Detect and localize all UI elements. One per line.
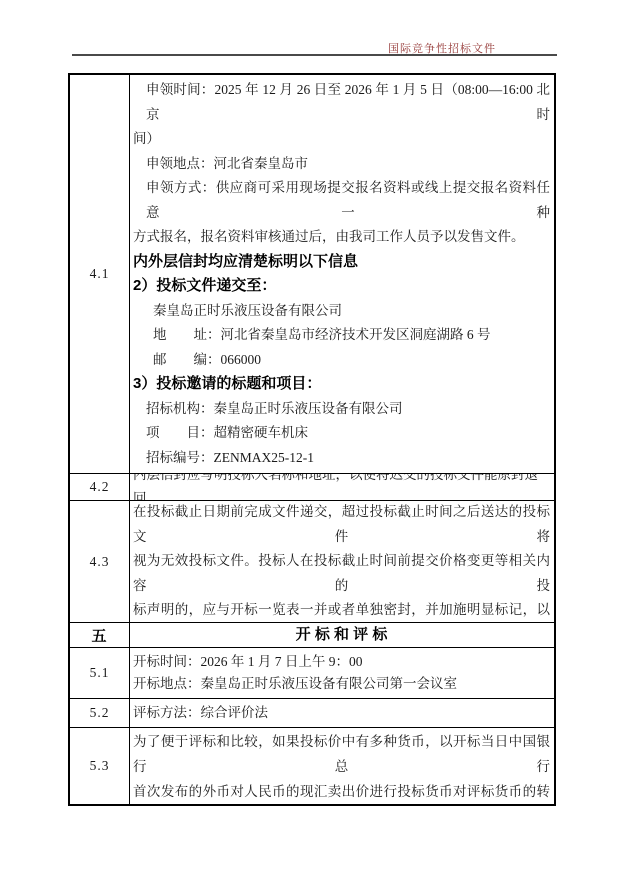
row-number-cell: 4.1 bbox=[70, 75, 130, 473]
row-content-cell: 内层信封应写明投标人名称和地址，以便将迟交的投标文件能原封退回。 bbox=[130, 474, 554, 500]
details-table: 4.11）领取文件时间和地点、方式：申领时间：2025 年 12 月 26 日至… bbox=[68, 73, 556, 806]
text-line: 秦皇岛正时乐液压设备有限公司 bbox=[133, 299, 550, 324]
row-number-cell: 4.2 bbox=[70, 474, 130, 500]
row-content-cell: 投标截止时间为 2026 年 1 月 6 日 17:00（如有变动另行通知），投… bbox=[130, 501, 554, 622]
row-number-cell: 5.2 bbox=[70, 699, 130, 727]
row-number-cell: 5.1 bbox=[70, 648, 130, 698]
text-line: 内外层信封均应清楚标明以下信息 bbox=[133, 250, 550, 275]
row-content-cell: 1）领取文件时间和地点、方式：申领时间：2025 年 12 月 26 日至 20… bbox=[130, 75, 554, 473]
text-line: 招标机构：秦皇岛正时乐液压设备有限公司 bbox=[133, 397, 550, 422]
text-line: 评标方法：综合评价法 bbox=[133, 701, 550, 726]
text-line: 方式报名，报名资料审核通过后，由我司工作人员予以发售文件。 bbox=[133, 225, 550, 250]
text-line: 为了便于评标和比较，如果投标价中有多种货币，以开标当日中国银行总行 bbox=[133, 729, 550, 779]
text-line: 邮 编：066000 bbox=[133, 348, 550, 373]
row-content-cell: 评标方法：综合评价法 bbox=[130, 699, 554, 727]
document-page: { "header": { "title": "国际竞争性招标文件", "tit… bbox=[0, 0, 619, 874]
table-row: 5.1开标时间：2026 年 1 月 7 日上午 9：00开标地点：秦皇岛正时乐… bbox=[70, 648, 554, 699]
row-content-cell: 开 标 和 评 标 bbox=[130, 623, 554, 647]
text-line: 标声明的，应与开标一览表一并或者单独密封，并加施明显标记，以便在开 bbox=[133, 598, 550, 622]
text-line: 申领方式：供应商可采用现场提交报名资料或线上提交报名资料任意一种 bbox=[133, 176, 550, 225]
row-number-cell: 五 bbox=[70, 623, 130, 647]
text-line: 招标编号：ZENMAX25-12-1 bbox=[133, 446, 550, 471]
table-row: 五开 标 和 评 标 bbox=[70, 623, 554, 648]
table-row: 5.3评标货币：人民币为了便于评标和比较，如果投标价中有多种货币，以开标当日中国… bbox=[70, 728, 554, 804]
text-line: 开标时间：2026 年 1 月 7 日上午 9：00 bbox=[133, 651, 550, 674]
text-line: 2）投标文件递交至： bbox=[133, 274, 550, 299]
text-line: 指明“在开标之前不得启封” bbox=[133, 470, 550, 473]
table-row: 4.3投标截止时间为 2026 年 1 月 6 日 17:00（如有变动另行通知… bbox=[70, 501, 554, 623]
row-content-cell: 开标时间：2026 年 1 月 7 日上午 9：00开标地点：秦皇岛正时乐液压设… bbox=[130, 648, 554, 698]
text-line: 内层信封应写明投标人名称和地址，以便将迟交的投标文件能原封退回。 bbox=[133, 474, 550, 500]
table-row: 5.2评标方法：综合评价法 bbox=[70, 699, 554, 728]
text-line: 3）投标邀请的标题和项目： bbox=[133, 372, 550, 397]
header-rule bbox=[72, 54, 557, 56]
text-line: 地 址：河北省秦皇岛市经济技术开发区洞庭湖路 6 号 bbox=[133, 323, 550, 348]
text-line: 开标地点：秦皇岛正时乐液压设备有限公司第一会议室 bbox=[133, 673, 550, 696]
row-content-cell: 评标货币：人民币为了便于评标和比较，如果投标价中有多种货币，以开标当日中国银行总… bbox=[130, 728, 554, 804]
text-line: 申领地点：河北省秦皇岛市 bbox=[133, 152, 550, 177]
table-row: 4.2内层信封应写明投标人名称和地址，以便将迟交的投标文件能原封退回。 bbox=[70, 474, 554, 501]
row-number-cell: 5.3 bbox=[70, 728, 130, 804]
text-line: 在投标截止日期前完成文件递交，超过投标截止时间之后送达的投标文件将 bbox=[133, 501, 550, 549]
text-line: 间） bbox=[133, 127, 550, 152]
text-line: 首次发布的外币对人民币的现汇卖出价进行投标货币对评标货币的转换以计 bbox=[133, 779, 550, 805]
text-line: 视为无效投标文件。投标人在投标截止时间前提交价格变更等相关内容的投 bbox=[133, 549, 550, 598]
text-line: 开 标 和 评 标 bbox=[133, 623, 550, 647]
table-row: 4.11）领取文件时间和地点、方式：申领时间：2025 年 12 月 26 日至… bbox=[70, 75, 554, 474]
text-line: 项 目：超精密硬车机床 bbox=[133, 421, 550, 446]
row-number-cell: 4.3 bbox=[70, 501, 130, 622]
text-line: 申领时间：2025 年 12 月 26 日至 2026 年 1 月 5 日（08… bbox=[133, 78, 550, 127]
